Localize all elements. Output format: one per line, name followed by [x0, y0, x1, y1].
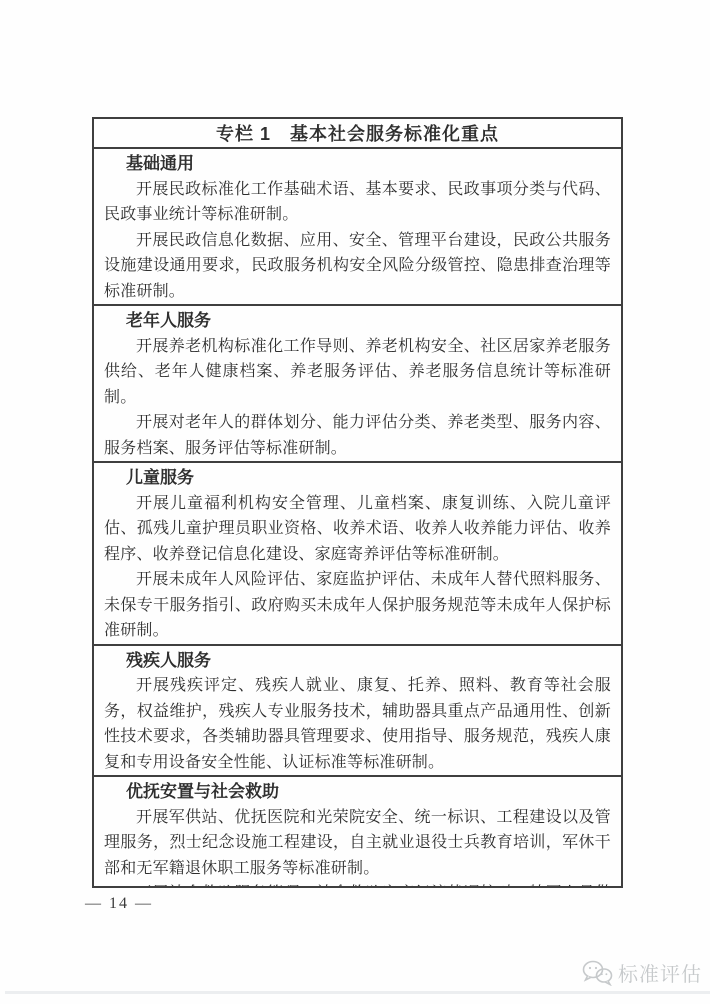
section-paragraph: 开展军供站、优抚医院和光荣院安全、统一标识、工程建设以及管理服务，烈士纪念设施工… — [104, 805, 611, 882]
panel-title: 专栏 1 基本社会服务标准化重点 — [94, 119, 621, 149]
section-heading: 基础通用 — [126, 151, 611, 177]
panel-section: 老年人服务 开展养老机构标准化工作导则、养老机构安全、社区居家养老服务供给、老年… — [94, 304, 621, 461]
section-heading: 老年人服务 — [126, 308, 611, 334]
section-paragraph: 开展民政信息化数据、应用、安全、管理平台建设，民政公共服务设施建设通用要求，民政… — [104, 228, 611, 305]
panel-section: 基础通用 开展民政标准化工作基础术语、基本要求、民政事项分类与代码、民政事业统计… — [94, 149, 621, 304]
section-paragraph: 开展对老年人的群体划分、能力评估分类、养老类型、服务内容、服务档案、服务评估等标… — [104, 410, 611, 461]
section-paragraph: 开展社会救助服务管理，社会救助家庭经济状况核对，特困人员供养 — [104, 881, 611, 888]
section-paragraph: 开展儿童福利机构安全管理、儿童档案、康复训练、入院儿童评估、孤残儿童护理员职业资… — [104, 491, 611, 568]
footer-divider — [5, 991, 710, 994]
panel-section: 儿童服务 开展儿童福利机构安全管理、儿童档案、康复训练、入院儿童评估、孤残儿童护… — [94, 461, 621, 644]
watermark: 标准评估 — [581, 958, 702, 987]
panel-section: 残疾人服务 开展残疾评定、残疾人就业、康复、托养、照料、教育等社会服务，权益维护… — [94, 644, 621, 776]
section-paragraph: 开展残疾评定、残疾人就业、康复、托养、照料、教育等社会服务，权益维护，残疾人专业… — [104, 673, 611, 775]
column-panel: 专栏 1 基本社会服务标准化重点 基础通用 开展民政标准化工作基础术语、基本要求… — [92, 117, 623, 888]
section-paragraph: 开展未成年人风险评估、家庭监护评估、未成年人替代照料服务、未保专干服务指引、政府… — [104, 567, 611, 644]
wechat-icon — [581, 959, 615, 986]
panel-section: 优抚安置与社会救助 开展军供站、优抚医院和光荣院安全、统一标识、工程建设以及管理… — [94, 775, 621, 888]
watermark-label: 标准评估 — [618, 958, 702, 987]
section-heading: 残疾人服务 — [126, 648, 611, 674]
section-heading: 优抚安置与社会救助 — [126, 779, 611, 805]
section-paragraph: 开展养老机构标准化工作导则、养老机构安全、社区居家养老服务供给、老年人健康档案、… — [104, 334, 611, 411]
page-number: — 14 — — [85, 895, 153, 913]
panel-sections: 基础通用 开展民政标准化工作基础术语、基本要求、民政事项分类与代码、民政事业统计… — [94, 149, 621, 888]
section-paragraph: 开展民政标准化工作基础术语、基本要求、民政事项分类与代码、民政事业统计等标准研制… — [104, 177, 611, 228]
document-page: 专栏 1 基本社会服务标准化重点 基础通用 开展民政标准化工作基础术语、基本要求… — [0, 0, 710, 1004]
section-heading: 儿童服务 — [126, 465, 611, 491]
